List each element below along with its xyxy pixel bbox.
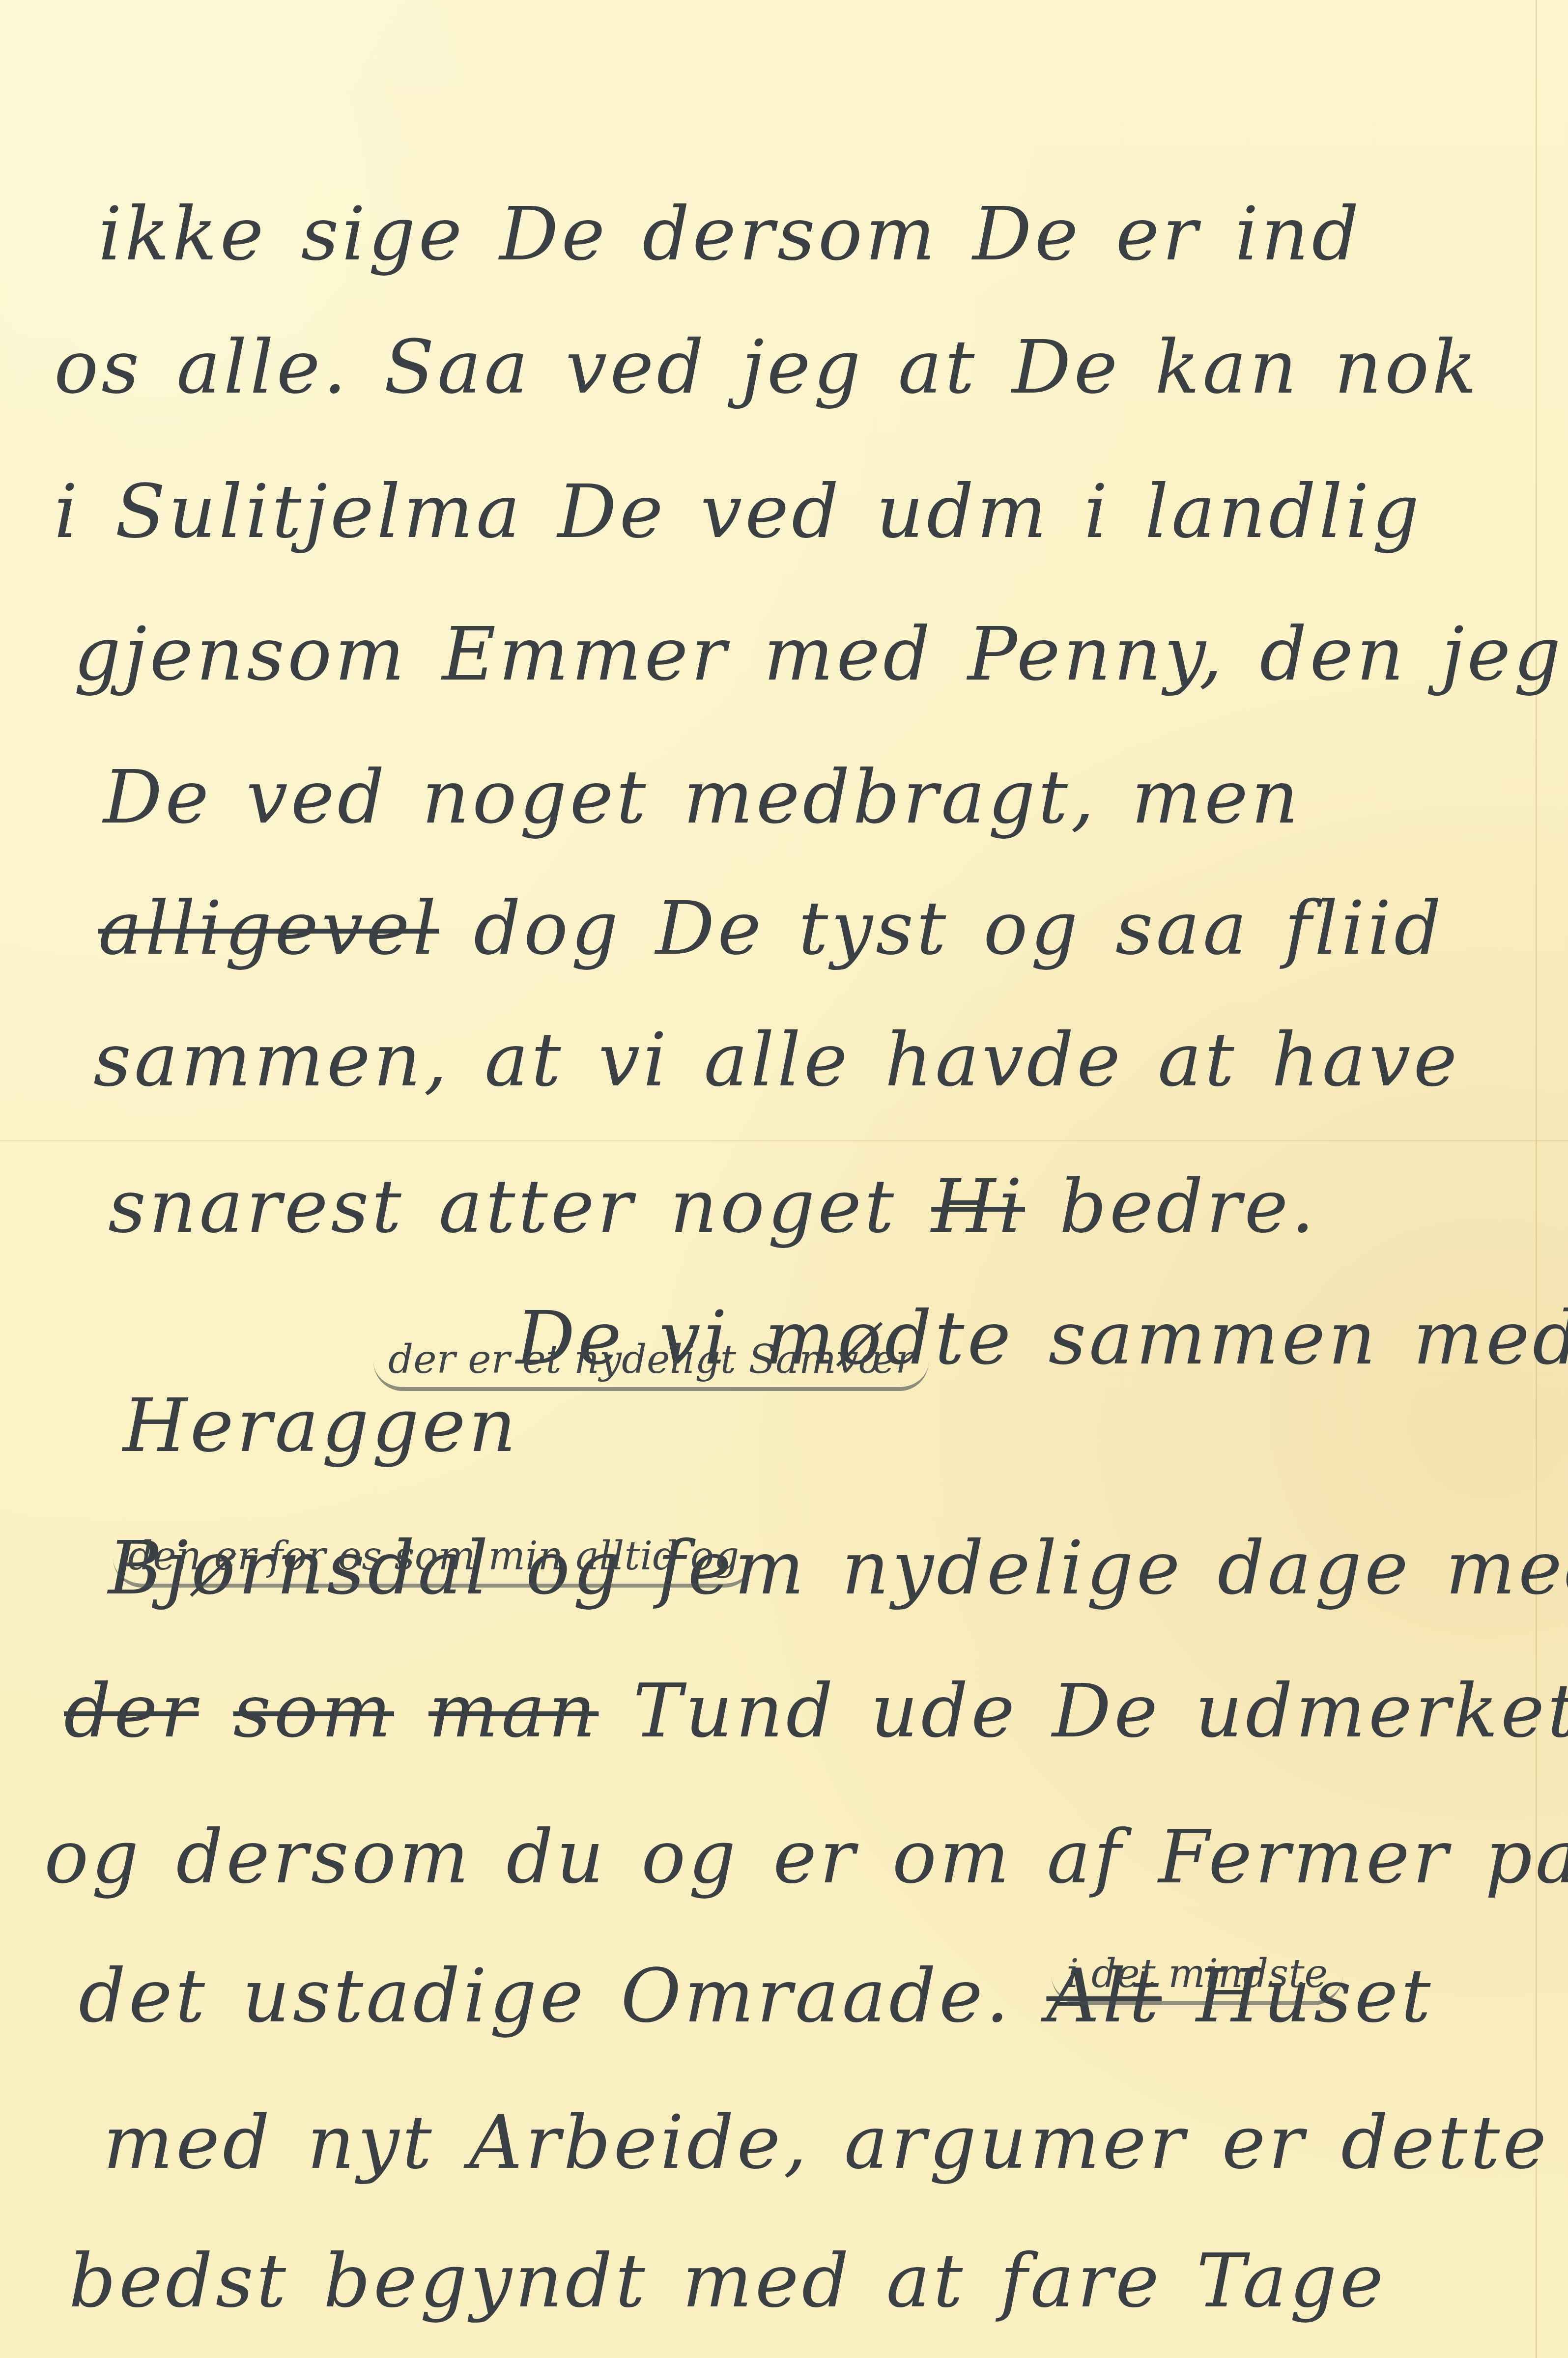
- letter-word: alle: [704, 1023, 850, 1097]
- letter-word: ude: [871, 1675, 1018, 1748]
- letter-word: jeg: [1441, 618, 1564, 691]
- letter-word: med: [103, 2106, 273, 2180]
- letter-word: med: [1413, 1302, 1568, 1375]
- struck-word: der: [64, 1675, 199, 1748]
- letter-word: Tund: [633, 1675, 836, 1748]
- letter-word: du: [506, 1820, 607, 1894]
- letter-word: noget: [422, 761, 649, 834]
- letter-line: mednytArbeide,argumererdettegjennemført: [0, 2106, 1568, 2180]
- letter-line: alligeveldogDetystogsaafliid: [0, 892, 1568, 966]
- interlinear-insertion: i det mindste: [1052, 1951, 1342, 2005]
- letter-word: sammen: [1048, 1302, 1378, 1375]
- letter-word: dersom: [642, 198, 938, 271]
- letter-word: er: [1115, 198, 1200, 271]
- letter-word: dage: [1218, 1532, 1411, 1605]
- letter-word: Tage: [1197, 2244, 1387, 2318]
- letter-word: nyt: [307, 2106, 435, 2180]
- letter-word: Fermer: [1158, 1820, 1451, 1894]
- letter-word: tyst: [798, 892, 949, 966]
- letter-word: gjensom: [74, 618, 407, 691]
- letter-word: dersom: [176, 1820, 472, 1894]
- letter-word: sammen,: [93, 1023, 450, 1097]
- struck-word: man: [428, 1675, 599, 1748]
- letter-word: nydelige: [842, 1532, 1183, 1605]
- letter-word: og: [44, 1820, 142, 1894]
- letter-word: udmerket: [1195, 1675, 1568, 1748]
- letter-word: ind: [1235, 198, 1362, 271]
- letter-word: Saa: [384, 331, 531, 404]
- letter-word: Arbeide,: [469, 2106, 810, 2180]
- letter-line: ogdersomduogeromafFermerpaa: [0, 1820, 1568, 1894]
- letter-word: De: [558, 475, 666, 549]
- letter-word: De: [1052, 1675, 1161, 1748]
- letter-word: saa: [1115, 892, 1250, 966]
- letter-line: iSulitjelmaDevedudmilandlig: [0, 475, 1568, 549]
- letter-word: ved: [566, 331, 707, 404]
- letter-word: den: [1260, 618, 1407, 691]
- letter-word: det: [79, 1960, 208, 2033]
- letter-word: om: [892, 1820, 1013, 1894]
- letter-line: sammen,atviallehavdeathave: [0, 1023, 1568, 1097]
- letter-word: havde: [885, 1023, 1124, 1097]
- letter-word: at: [1158, 1023, 1237, 1097]
- letter-word: atter: [439, 1170, 635, 1244]
- letter-word: begyndt: [323, 2244, 648, 2318]
- letter-word: med: [764, 618, 933, 691]
- letter-word: snarest: [108, 1170, 404, 1244]
- letter-line: ikkesigeDedersomDeerind: [0, 198, 1568, 271]
- interlinear-insertion: der er et nydeligt Samvær: [373, 1336, 929, 1391]
- letter-word: Heraggen: [123, 1389, 519, 1463]
- letter-word: argumer: [844, 2106, 1187, 2180]
- letter-word: med: [683, 2244, 852, 2318]
- letter-word: noget: [670, 1170, 897, 1244]
- letter-word: ikke: [98, 198, 267, 271]
- letter-line: dersommanTundudeDeudmerket: [0, 1675, 1568, 1748]
- letter-word: i: [1084, 475, 1111, 549]
- letter-word: udm: [876, 475, 1050, 549]
- letter-word: medbragt,: [684, 761, 1097, 834]
- letter-line: bedstbegyndtmedatfareTage: [0, 2244, 1568, 2318]
- letter-word: kan: [1155, 331, 1300, 404]
- struck-word: Hi: [931, 1170, 1025, 1244]
- letter-word: De: [103, 761, 212, 834]
- letter-word: have: [1272, 1023, 1460, 1097]
- letter-word: De: [656, 892, 764, 966]
- letter-word: jeg: [741, 331, 863, 404]
- struck-word: som: [233, 1675, 395, 1748]
- letter-word: De: [972, 198, 1081, 271]
- letter-word: ustadige: [242, 1960, 586, 2033]
- interlinear-insertion: den er for os som min alltid og: [113, 1533, 754, 1588]
- letter-line: gjensomEmmermedPenny,denjeg: [0, 618, 1568, 691]
- letter-word: Emmer: [442, 618, 729, 691]
- letter-word: dette: [1341, 2106, 1549, 2180]
- letter-word: bedst: [69, 2244, 289, 2318]
- letter-word: De: [1012, 331, 1120, 404]
- letter-word: fliid: [1284, 892, 1444, 966]
- letter-word: alle.: [176, 331, 349, 404]
- letter-word: er: [773, 1820, 857, 1894]
- letter-word: men: [1132, 761, 1302, 834]
- letter-word: nok: [1334, 331, 1480, 404]
- letter-word: er: [1222, 2106, 1306, 2180]
- letter-line: Devednogetmedbragt,men: [0, 761, 1568, 834]
- letter-word: at: [898, 331, 978, 404]
- letter-line: Heraggen: [0, 1389, 1568, 1463]
- letter-word: og: [641, 1820, 739, 1894]
- letter-word: paa: [1485, 1820, 1568, 1894]
- letter-word: af: [1047, 1820, 1124, 1894]
- letter-word: at: [485, 1023, 564, 1097]
- letter-word: dog: [474, 892, 621, 966]
- letter-word: i: [54, 475, 81, 549]
- letter-word: bedre.: [1059, 1170, 1317, 1244]
- letter-line: snarestatternogetHibedre.: [0, 1170, 1568, 1244]
- letter-word: ved: [701, 475, 842, 549]
- letter-word: landlig: [1145, 475, 1422, 549]
- letter-word: os: [54, 331, 142, 404]
- letter-word: De: [499, 198, 608, 271]
- letter-word: at: [886, 2244, 966, 2318]
- letter-word: Sulitjelma: [115, 475, 523, 549]
- letter-word: ved: [246, 761, 388, 834]
- letter-word: Omraade.: [621, 1960, 1012, 2033]
- letter-word: og: [983, 892, 1081, 966]
- letter-word: med: [1446, 1532, 1568, 1605]
- letter-word: vi: [599, 1023, 670, 1097]
- letter-word: sige: [301, 198, 465, 271]
- letter-word: Penny,: [968, 618, 1226, 691]
- paper-fold-horizontal: [0, 1140, 1568, 1141]
- letter-word: fare: [1000, 2244, 1162, 2318]
- struck-word: alligevel: [98, 892, 439, 966]
- letter-line: osalle.SaavedjegatDekannok: [0, 331, 1568, 404]
